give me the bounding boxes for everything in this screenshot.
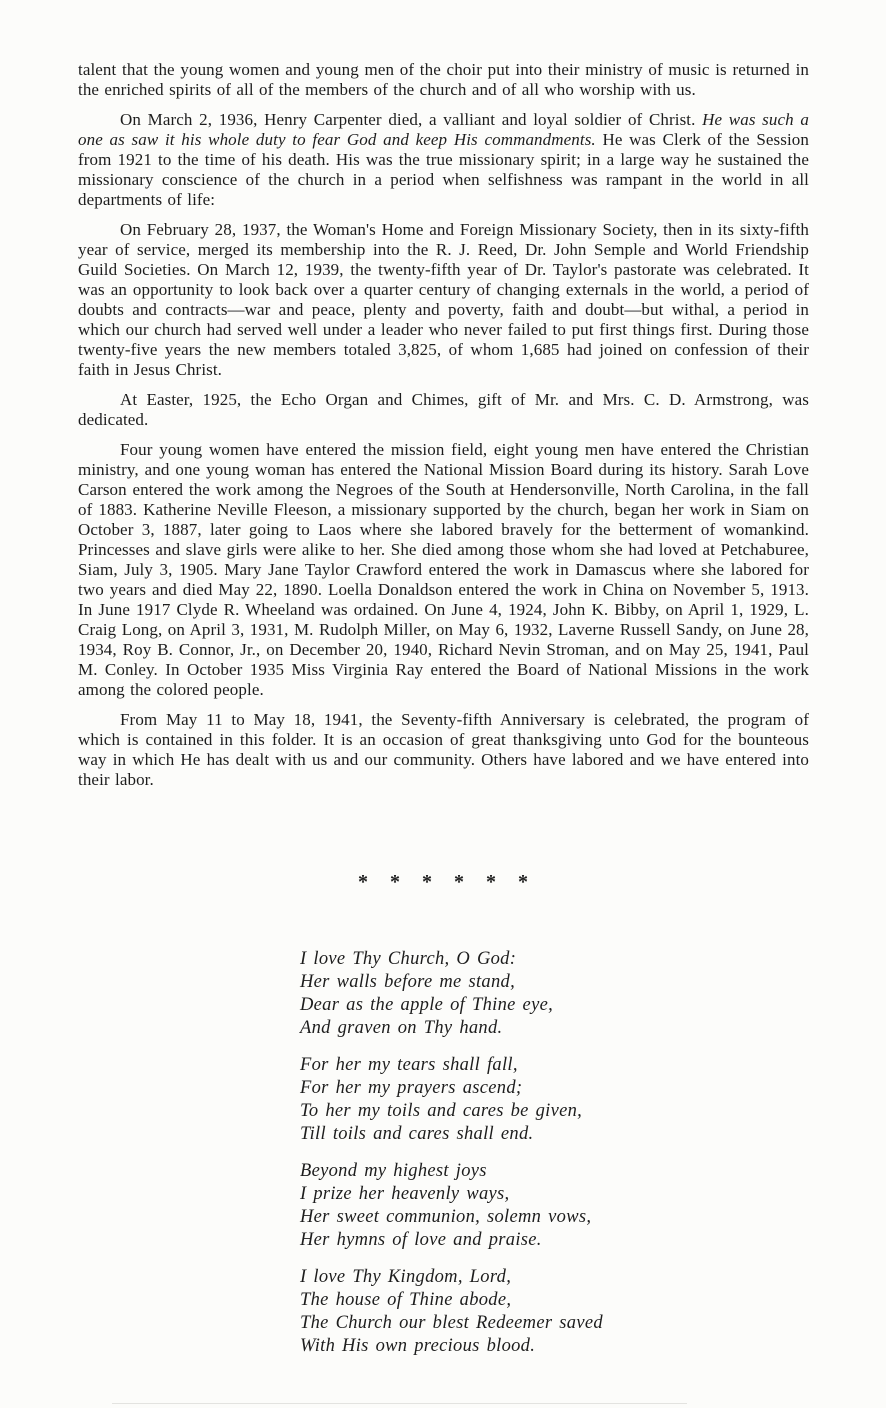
asterisk: * — [390, 872, 400, 892]
text-segment: On March 2, 1936, Henry Carpenter died, … — [120, 110, 702, 129]
hymn-line: The house of Thine abode, — [300, 1289, 603, 1312]
hymn-line: The Church our blest Redeemer saved — [300, 1312, 603, 1335]
paragraph: At Easter, 1925, the Echo Organ and Chim… — [78, 390, 809, 430]
hymn-stanza: I love Thy Kingdom, Lord,The house of Th… — [300, 1266, 603, 1358]
text-segment: From May 11 to May 18, 1941, the Seventy… — [78, 710, 809, 789]
scan-artifact-line — [112, 1403, 687, 1404]
page: talent that the young women and young me… — [0, 0, 886, 1408]
hymn-line: To her my toils and cares be given, — [300, 1100, 603, 1123]
asterisk-divider: ****** — [0, 872, 886, 892]
hymn-line: Her sweet communion, solemn vows, — [300, 1206, 603, 1229]
hymn-line: Beyond my highest joys — [300, 1160, 603, 1183]
hymn-line: Her walls before me stand, — [300, 971, 603, 994]
asterisk: * — [422, 872, 432, 892]
text-segment: On February 28, 1937, the Woman's Home a… — [78, 220, 809, 379]
hymn: I love Thy Church, O God:Her walls befor… — [300, 948, 603, 1372]
hymn-line: Till toils and cares shall end. — [300, 1123, 603, 1146]
hymn-line: Dear as the apple of Thine eye, — [300, 994, 603, 1017]
hymn-line: And graven on Thy hand. — [300, 1017, 603, 1040]
hymn-line: I love Thy Church, O God: — [300, 948, 603, 971]
paragraph: On March 2, 1936, Henry Carpenter died, … — [78, 110, 809, 210]
hymn-stanza: For her my tears shall fall,For her my p… — [300, 1054, 603, 1146]
hymn-stanza: I love Thy Church, O God:Her walls befor… — [300, 948, 603, 1040]
asterisk: * — [486, 872, 496, 892]
paragraph: On February 28, 1937, the Woman's Home a… — [78, 220, 809, 380]
hymn-stanza: Beyond my highest joysI prize her heaven… — [300, 1160, 603, 1252]
asterisk: * — [454, 872, 464, 892]
hymn-line: I prize her heavenly ways, — [300, 1183, 603, 1206]
hymn-line: With His own precious blood. — [300, 1335, 603, 1358]
text-segment: talent that the young women and young me… — [78, 60, 809, 99]
asterisk: * — [358, 872, 368, 892]
asterisk: * — [518, 872, 528, 892]
paragraph: talent that the young women and young me… — [78, 60, 809, 100]
hymn-line: For her my tears shall fall, — [300, 1054, 603, 1077]
text-segment: Four young women have entered the missio… — [78, 440, 809, 699]
paragraph: From May 11 to May 18, 1941, the Seventy… — [78, 710, 809, 790]
hymn-line: For her my prayers ascend; — [300, 1077, 603, 1100]
hymn-line: I love Thy Kingdom, Lord, — [300, 1266, 603, 1289]
paragraph: Four young women have entered the missio… — [78, 440, 809, 700]
text-segment: At Easter, 1925, the Echo Organ and Chim… — [78, 390, 809, 429]
body-text: talent that the young women and young me… — [78, 60, 809, 800]
hymn-line: Her hymns of love and praise. — [300, 1229, 603, 1252]
